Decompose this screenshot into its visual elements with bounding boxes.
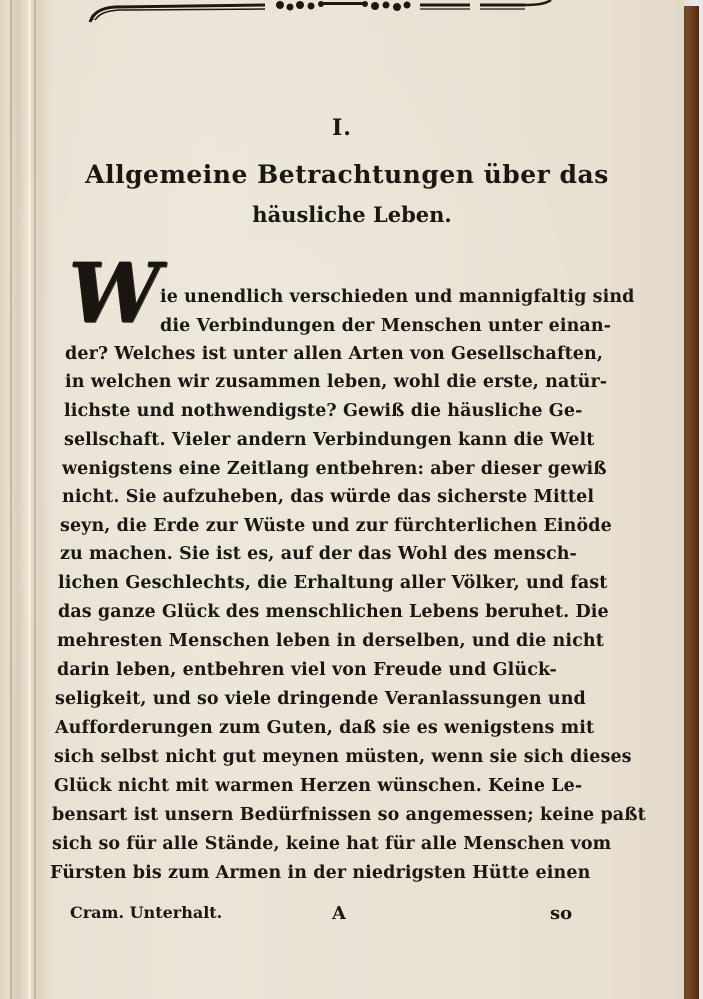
text-line: das ganze Glück des menschlichen Lebens … xyxy=(58,597,538,627)
text-line: sellschaft. Vieler andern Verbindungen k… xyxy=(64,425,534,455)
text-line: in welchen wir zusammen leben, wohl die … xyxy=(65,367,532,397)
text-line: Fürsten bis zum Armen in der niedrigsten… xyxy=(50,858,538,888)
text-line: seyn, die Erde zur Wüste und zur fürchte… xyxy=(60,511,536,541)
text-line: sich selbst nicht gut meynen müsten, wen… xyxy=(54,742,538,772)
book-page: I. Allgemeine Betrachtungen über das häu… xyxy=(0,0,684,999)
signature-title: Cram. Unterhalt. xyxy=(70,903,222,922)
text-line: wenigstens eine Zeitlang entbehren: aber… xyxy=(62,454,534,484)
text-line: seligkeit, und so viele dringende Veranl… xyxy=(55,684,538,714)
signature-mark: A xyxy=(332,903,346,924)
gutter-fold xyxy=(34,0,36,999)
chapter-number: I. xyxy=(0,115,684,141)
text-line: Aufforderungen zum Guten, daß sie es wen… xyxy=(55,713,538,743)
gutter-fold xyxy=(28,0,31,999)
ornament-icon xyxy=(85,0,555,24)
text-line: sich so für alle Stände, keine hat für a… xyxy=(52,829,538,859)
drop-cap-initial: W xyxy=(68,254,158,334)
text-line: Glück nicht mit warmen Herzen wünschen. … xyxy=(54,771,538,801)
book-photo: I. Allgemeine Betrachtungen über das häu… xyxy=(0,0,703,999)
text-line: mehresten Menschen leben in derselben, u… xyxy=(57,626,538,656)
text-line: lichste und nothwendigste? Gewiß die häu… xyxy=(64,396,534,426)
text-line: darin leben, entbehren viel von Freude u… xyxy=(57,655,538,685)
catchword: so xyxy=(550,903,572,924)
text-line: nicht. Sie aufzuheben, das würde das sic… xyxy=(62,482,536,512)
gutter-fold xyxy=(10,0,12,999)
text-line: zu machen. Sie ist es, auf der das Wohl … xyxy=(60,539,536,569)
text-line: der? Welches ist unter allen Arten von G… xyxy=(65,339,532,369)
text-line: lichen Geschlechts, die Erhaltung aller … xyxy=(58,568,536,598)
chapter-subtitle: häusliche Leben. xyxy=(0,202,684,227)
text-line: bensart ist unsern Bedürfnissen so angem… xyxy=(52,800,538,830)
text-line: ie unendlich verschieden und mannigfalti… xyxy=(160,282,530,312)
text-line: die Verbindungen der Menschen unter eina… xyxy=(160,311,530,341)
chapter-title: Allgemeine Betrachtungen über das xyxy=(0,160,684,189)
